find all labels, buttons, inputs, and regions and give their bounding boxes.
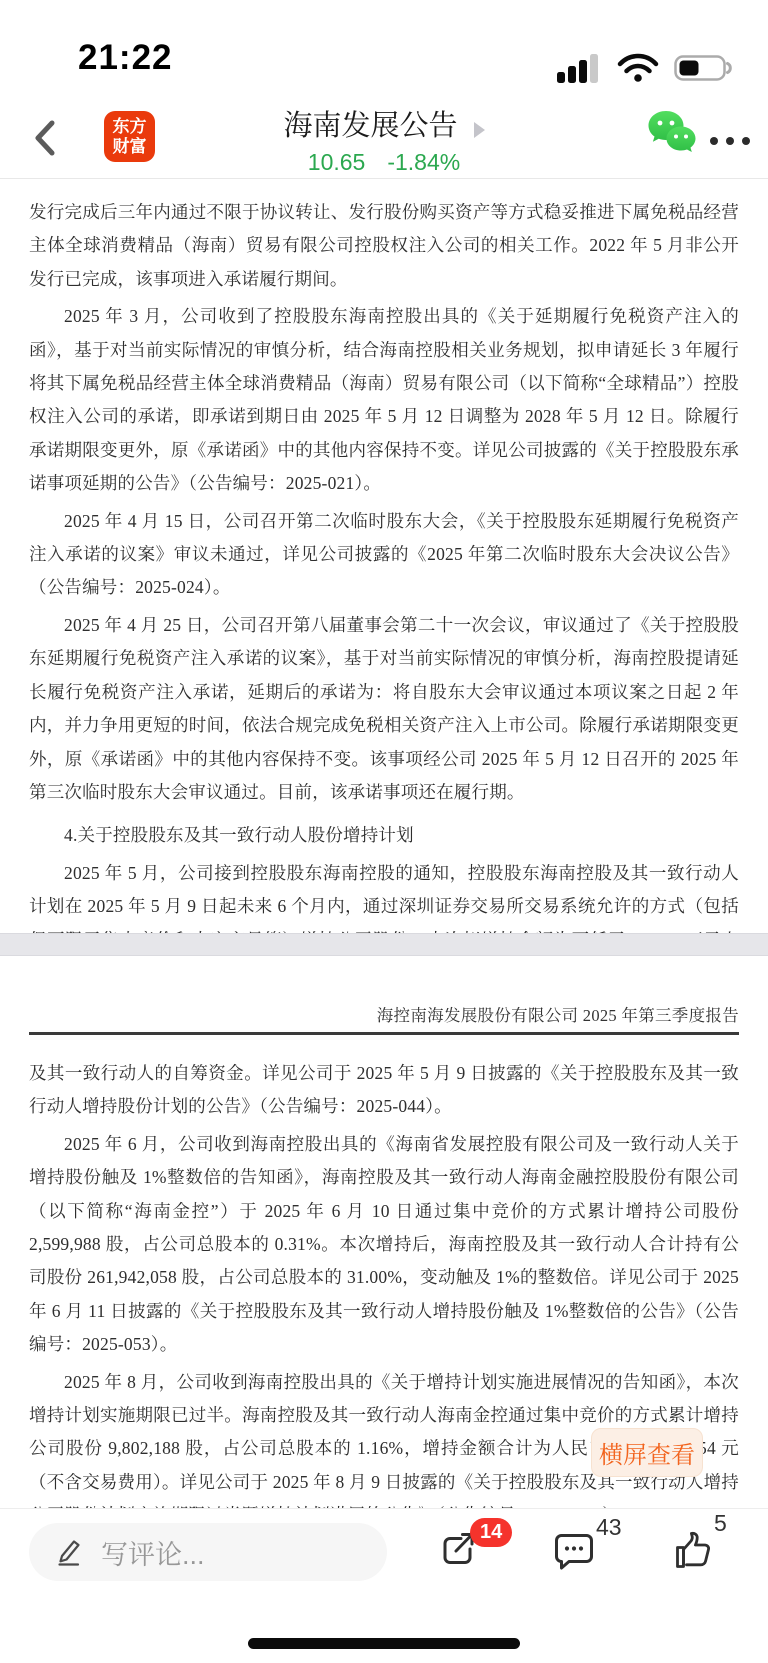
stock-quote[interactable]: 10.65 -1.84% xyxy=(160,149,608,176)
status-icons xyxy=(556,52,734,84)
like-button[interactable]: 5 xyxy=(673,1529,713,1576)
chevron-left-icon xyxy=(28,115,64,161)
document-page-1: 发行完成后三年内通过不限于协议转让、发行股份购买资产等方式稳妥推进下属免税品经营… xyxy=(0,180,768,933)
page-separator xyxy=(0,933,768,956)
stock-change: -1.84% xyxy=(387,149,460,176)
stock-price: 10.65 xyxy=(308,149,366,176)
landscape-view-button[interactable]: 横屏查看 xyxy=(591,1428,703,1477)
wifi-icon xyxy=(617,52,659,84)
document-paragraph: 2025 年 3 月，公司收到了控股股东海南控股出具的《关于延期履行免税资产注入… xyxy=(29,300,739,500)
ellipsis-icon xyxy=(710,137,718,145)
document-paragraph: 2025 年 4 月 15 日，公司召开第二次临时股东大会，《关于控股股东延期履… xyxy=(29,505,739,605)
more-menu-button[interactable] xyxy=(706,131,754,151)
comments-button[interactable]: 43 xyxy=(553,1531,595,1576)
document-page-2: 海控南海发展股份有限公司 2025 年第三季度报告 及其一致行动人的自筹资金。详… xyxy=(0,956,768,1509)
document-paragraph: 2025 年 6 月，公司收到海南控股出具的《海南省发展控股有限公司及一致行动人… xyxy=(29,1128,739,1362)
status-time: 21:22 xyxy=(78,38,173,78)
comment-placeholder: 写评论... xyxy=(101,1533,205,1572)
document-paragraph: 2025 年 4 月 25 日，公司召开第八届董事会第二十一次会议，审议通过了《… xyxy=(29,609,739,809)
report-header: 海控南海发展股份有限公司 2025 年第三季度报告 xyxy=(29,1002,739,1026)
document-paragraph: 2025 年 5 月，公司接到控股股东海南控股的通知，控股股东海南控股及其一致行… xyxy=(29,857,739,933)
logo-line1: 东方 xyxy=(113,117,147,137)
report-header-rule xyxy=(29,1032,739,1035)
pencil-icon xyxy=(55,1537,83,1567)
document-paragraph: 及其一致行动人的自筹资金。详见公司于 2025 年 5 月 9 日披露的《关于控… xyxy=(29,1057,739,1124)
bottom-toolbar: 写评论... 14 43 5 xyxy=(0,1508,768,1663)
screen: 21:22 xyxy=(0,0,768,1663)
thumbs-up-icon xyxy=(673,1529,713,1571)
ellipsis-icon xyxy=(726,137,734,145)
title-block: 海南发展公告 10.65 -1.84% xyxy=(160,103,608,176)
comment-count: 43 xyxy=(596,1516,622,1539)
comment-input[interactable]: 写评论... xyxy=(29,1523,387,1581)
ellipsis-icon xyxy=(742,137,750,145)
document-paragraph: 4.关于控股股东及其一致行动人股份增持计划 xyxy=(29,819,739,852)
status-bar: 21:22 xyxy=(0,0,768,95)
battery-icon xyxy=(674,53,734,83)
share-badge: 14 xyxy=(470,1518,512,1547)
triangle-right-icon[interactable] xyxy=(474,122,485,138)
app-header: 东方 财富 海南发展公告 10.65 -1.84% xyxy=(0,95,768,179)
page1-paragraphs: 发行完成后三年内通过不限于协议转让、发行股份购买资产等方式稳妥推进下属免税品经营… xyxy=(29,196,739,933)
document-paragraph: 发行完成后三年内通过不限于协议转让、发行股份购买资产等方式稳妥推进下属免税品经营… xyxy=(29,196,739,296)
wechat-share-button[interactable] xyxy=(646,109,696,157)
comment-bubble-icon xyxy=(553,1531,595,1571)
logo-line2: 财富 xyxy=(113,137,147,157)
cellular-signal-icon xyxy=(556,52,602,84)
like-count: 5 xyxy=(714,1512,727,1535)
share-button[interactable]: 14 xyxy=(437,1529,479,1576)
back-button[interactable] xyxy=(28,115,64,161)
wechat-icon xyxy=(646,109,696,157)
eastmoney-logo[interactable]: 东方 财富 xyxy=(104,111,155,162)
page-title: 海南发展公告 xyxy=(283,103,457,144)
home-indicator[interactable] xyxy=(248,1638,520,1649)
